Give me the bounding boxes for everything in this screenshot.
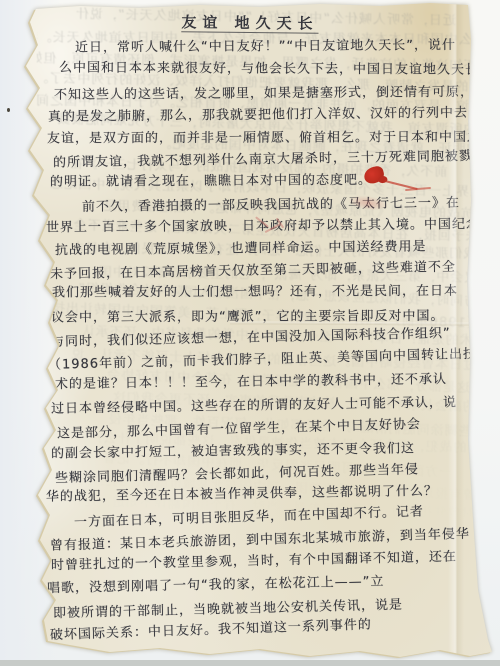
- handwritten-line: 么中国和日本本来就很友好，与他会长久下去，中国日友谊地久天长。我: [59, 58, 468, 83]
- vertical-crease: [448, 0, 464, 666]
- paper-sheet: 近日，常听人喊什么“中日友好！”“中日友谊地久天长”，说什么中国和日本本来就很友…: [0, 0, 500, 666]
- paper-speck: [7, 108, 10, 112]
- handwritten-line: 我们那些喊着友好的人士们想一想吗？还有，不光是民间，在日本: [52, 281, 468, 305]
- red-correction-scribble: [252, 218, 288, 238]
- scanned-page: 近日，常听人喊什么“中日友好！”“中日友谊地久天长”，说什么中国和日本本来就很友…: [0, 0, 500, 666]
- handwritten-line: 近日，常听人喊什么“中日友好！”“中日友谊地久天长”，说什: [47, 35, 468, 60]
- handwritten-line: 真的是发之肺腑，那么，那我就要把他们打入洋奴、汉奸的行列中去了。: [48, 103, 468, 130]
- handwritten-text: 近日，常听人喊什么“中日友好！”“中日友谊地久天长”，说什么中国和日本本来就很友…: [52, 37, 468, 642]
- manuscript-paper: 近日，常听人喊什么“中日友好！”“中日友谊地久天长”，说什么中国和日本本来就很友…: [0, 0, 500, 666]
- paper-speck: [42, 374, 45, 377]
- scan-bottom-strip: [0, 660, 500, 666]
